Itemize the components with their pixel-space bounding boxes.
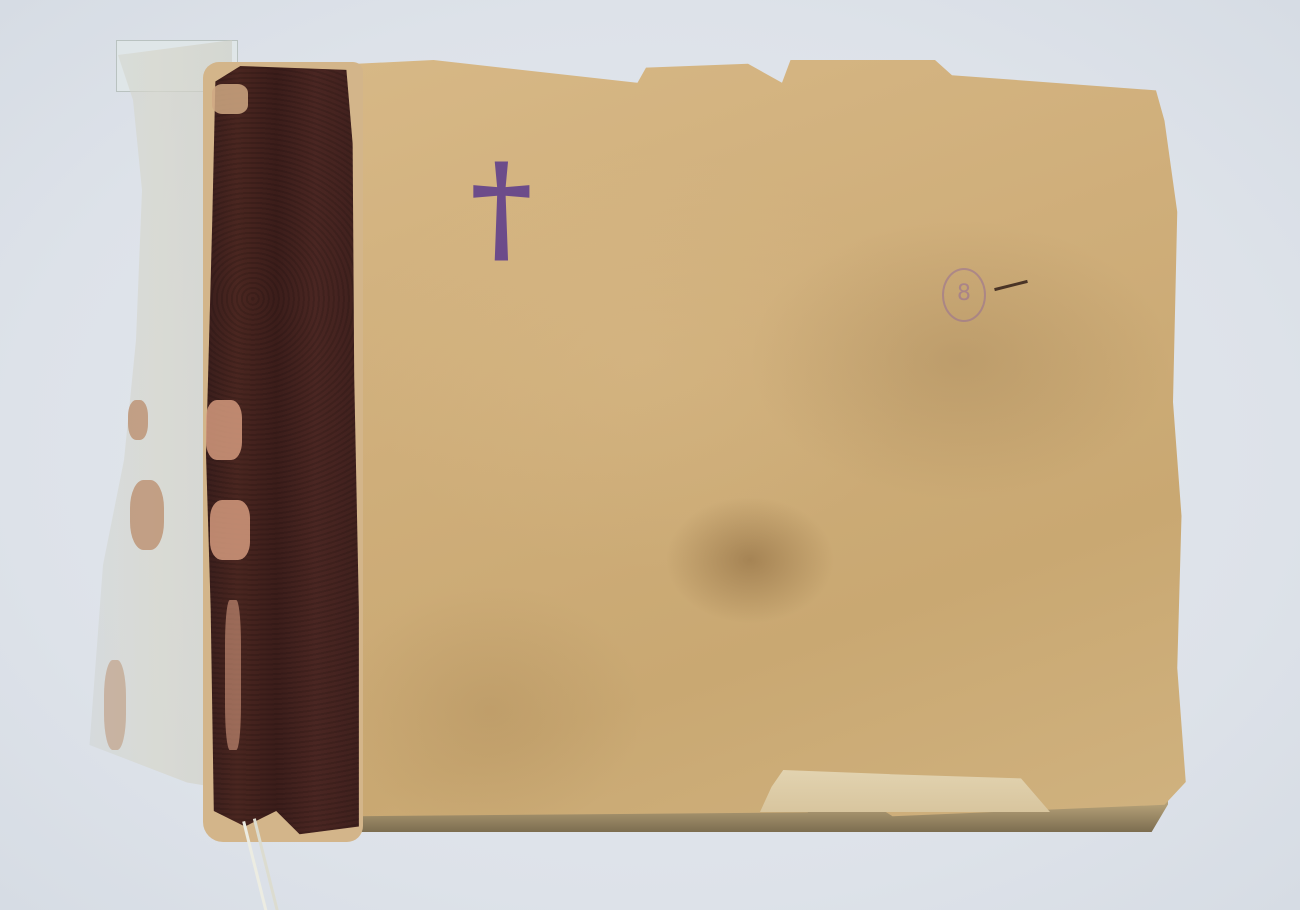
spine-wear <box>210 500 250 560</box>
scan-background: † 8 <box>0 0 1300 910</box>
notebook-cover <box>340 60 1190 820</box>
ink-cross-mark: † <box>470 148 534 268</box>
tape-stain <box>128 400 148 440</box>
spine-wear <box>206 400 242 460</box>
tape-stain <box>130 480 164 550</box>
spine-wear <box>212 84 248 114</box>
pencil-circle-mark: 8 <box>942 268 986 322</box>
spine-wear <box>225 600 241 750</box>
tape-stain <box>104 660 126 750</box>
